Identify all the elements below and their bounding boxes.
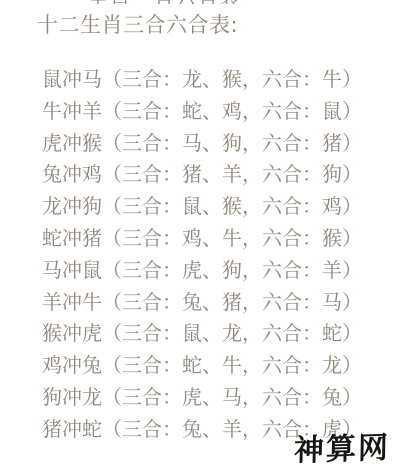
site-watermark: 神算网 xyxy=(294,422,391,464)
zodiac-row-ox: 牛冲羊（三合：蛇、鸡，六合：鼠） xyxy=(42,96,362,128)
zodiac-row-rat: 鼠冲马（三合：龙、猴，六合：牛） xyxy=(42,64,362,96)
page-title: 十二生肖三合六合表: xyxy=(37,9,238,39)
zodiac-row-dog: 狗冲龙（三合：虎、马，六合：兔） xyxy=(42,382,362,414)
cropped-line-text: 生肖三合六合表 xyxy=(88,0,242,4)
zodiac-table-page: 生肖三合六合表 十二生肖三合六合表: 鼠冲马（三合：龙、猴，六合：牛） 牛冲羊（… xyxy=(0,0,400,464)
zodiac-row-snake: 蛇冲猪（三合：鸡、牛，六合：猴） xyxy=(42,223,362,255)
zodiac-row-rooster: 鸡冲兔（三合：蛇、牛，六合：龙） xyxy=(42,350,362,382)
zodiac-row-goat: 羊冲牛（三合：兔、猪，六合：马） xyxy=(42,287,362,319)
zodiac-row-monkey: 猴冲虎（三合：鼠、龙，六合：蛇） xyxy=(42,318,362,350)
zodiac-row-dragon: 龙冲狗（三合：鼠、猴，六合：鸡） xyxy=(42,191,362,223)
zodiac-row-horse: 马冲鼠（三合：虎、狗，六合：羊） xyxy=(42,255,362,287)
zodiac-row-rabbit: 兔冲鸡（三合：猪、羊，六合：狗） xyxy=(42,159,362,191)
zodiac-row-tiger: 虎冲猴（三合：马、狗，六合：猪） xyxy=(42,128,362,160)
zodiac-list: 鼠冲马（三合：龙、猴，六合：牛） 牛冲羊（三合：蛇、鸡，六合：鼠） 虎冲猴（三合… xyxy=(42,64,362,446)
cropped-line-top: 生肖三合六合表 xyxy=(88,0,242,4)
